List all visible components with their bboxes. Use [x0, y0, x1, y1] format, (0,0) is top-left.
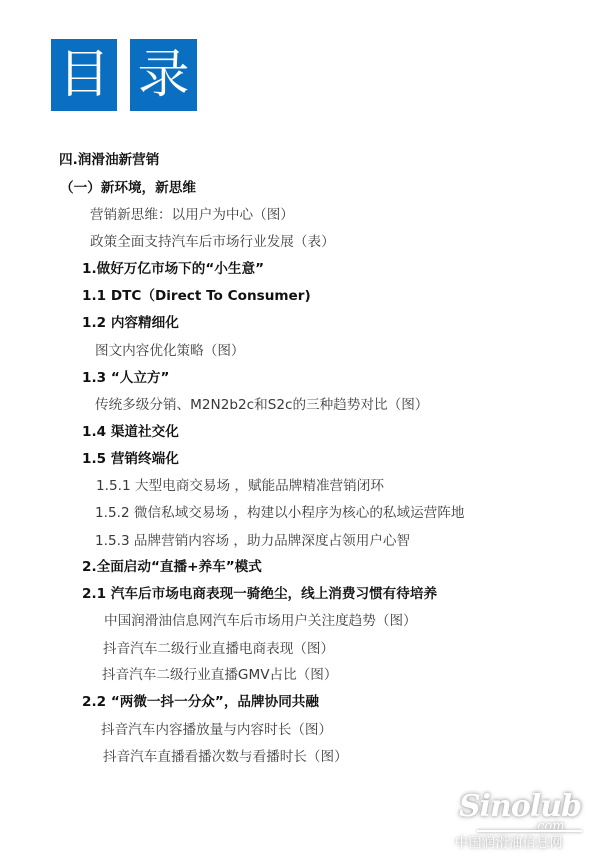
toc-chapter-item[interactable]: 1.4 渠道社交化 [82, 419, 179, 446]
toc-figure-item[interactable]: 传统多级分销、M2N2b2c和S2c的三种趋势对比（图） [95, 392, 428, 419]
title-char-mu: 目 [58, 45, 110, 105]
toc-table-item[interactable]: 政策全面支持汽车后市场行业发展（表） [90, 229, 335, 256]
toc-chapter-item[interactable]: 2.2 “两微一抖一分众”，品牌协同共融 [82, 689, 319, 716]
title-char-lu: 录 [137, 45, 189, 105]
toc-subsection-item[interactable]: 1.5.3 品牌营销内容场 ，助力品牌深度占领用户心智 [95, 528, 410, 555]
toc-subsection-item[interactable]: 1.5.2 微信私域交易场 ，构建以小程序为核心的私域运营阵地 [95, 500, 464, 527]
title-box-lu: 录 [130, 39, 197, 111]
toc-figure-item[interactable]: 抖音汽车直播看播次数与看播时长（图） [103, 744, 348, 771]
toc-chapter-item[interactable]: 1.做好万亿市场下的“小生意” [82, 256, 264, 283]
toc-chapter-item[interactable]: 1.3 “人立方” [82, 365, 169, 392]
toc-section-heading[interactable]: （一）新环境，新思维 [60, 175, 196, 202]
toc-figure-item[interactable]: 营销新思维：以用户为中心（图） [90, 202, 294, 229]
toc-figure-item[interactable]: 抖音汽车二级行业直播GMV占比（图） [102, 662, 337, 689]
toc-chapter-item[interactable]: 2.全面启动“直播+养车”模式 [82, 554, 262, 581]
sinolub-watermark: Sinolub .com 中国润滑油信息网 [455, 790, 595, 860]
toc-figure-item[interactable]: 中国润滑油信息网汽车后市场用户关注度趋势（图） [104, 608, 417, 635]
toc-subsection-item[interactable]: 1.5.1 大型电商交易场 ，赋能品牌精准营销闭环 [96, 473, 384, 500]
watermark-swoosh-icon [477, 830, 582, 832]
toc-figure-item[interactable]: 抖音汽车二级行业直播电商表现（图） [103, 636, 334, 663]
toc-part-heading[interactable]: 四.润滑油新营销 [59, 147, 159, 174]
toc-chapter-item[interactable]: 2.1 汽车后市场电商表现一骑绝尘，线上消费习惯有待培养 [82, 581, 437, 608]
toc-chapter-item[interactable]: 1.5 营销终端化 [82, 446, 179, 473]
watermark-site-name: 中国润滑油信息网 [455, 836, 563, 852]
toc-figure-item[interactable]: 抖音汽车内容播放量与内容时长（图） [101, 717, 332, 744]
title-box-mu: 目 [51, 39, 117, 111]
toc-chapter-item[interactable]: 1.1 DTC（Direct To Consumer) [82, 283, 311, 310]
toc-figure-item[interactable]: 图文内容优化策略（图） [95, 338, 245, 365]
toc-chapter-item[interactable]: 1.2 内容精细化 [82, 310, 179, 337]
